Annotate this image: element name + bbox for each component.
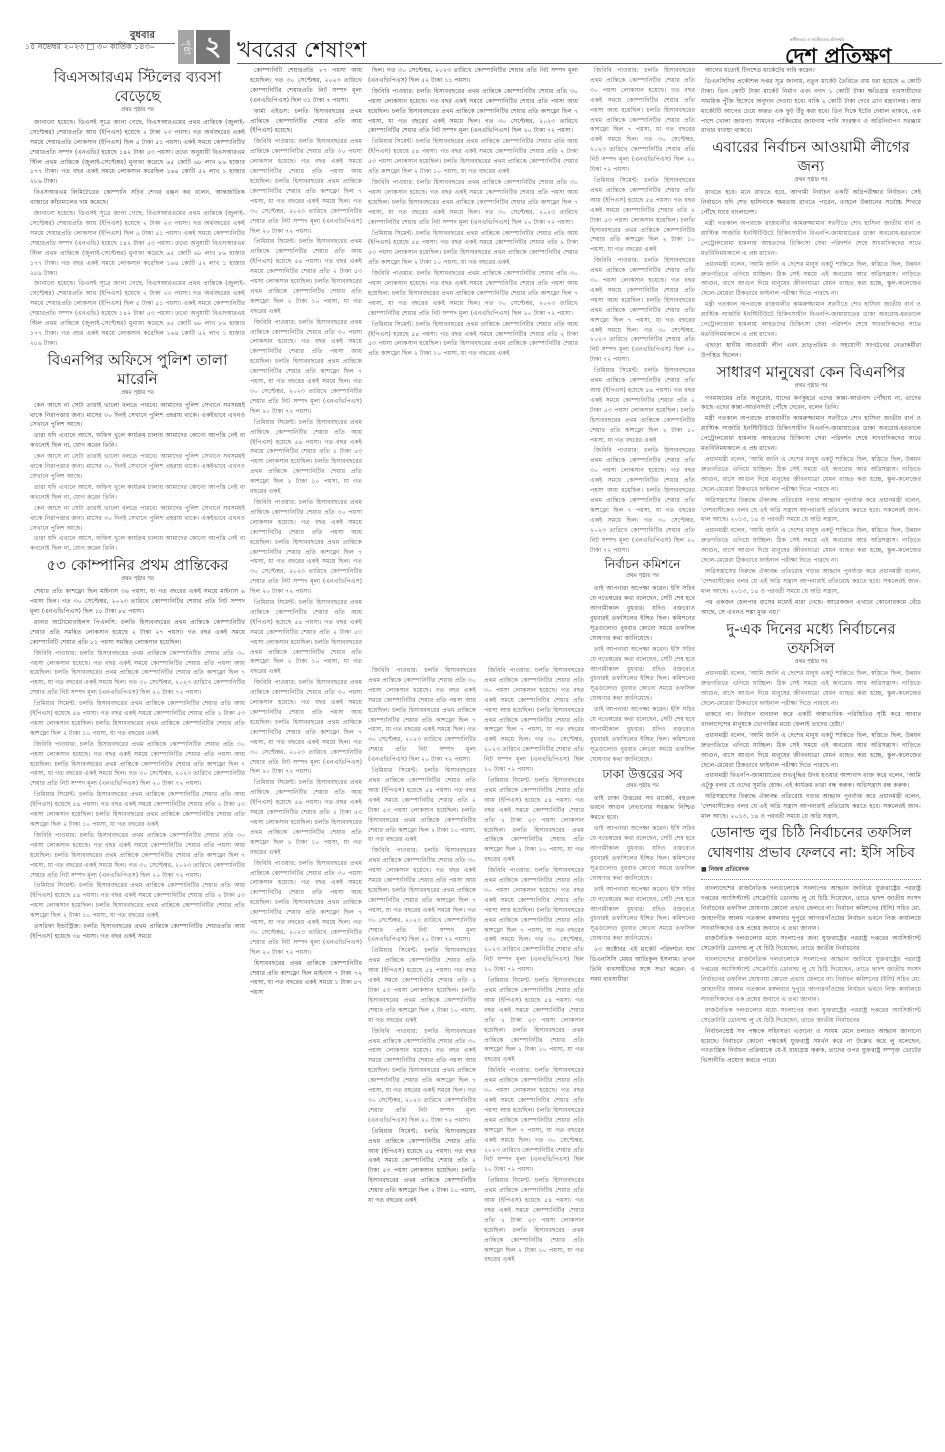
article-paragraph: প্রিমিয়ার সিমেন্ট: চলতি হিসাববছরের প্রথ… — [30, 699, 245, 739]
article-kicker: প্রথম পৃষ্ঠার পর — [701, 382, 921, 392]
article-paragraph: ২৩ অক্টোবর এই মার্কেট পরিদর্শনে যান ডিএন… — [590, 945, 695, 985]
article-paragraph: বাংলাদেশের রাজনৈতিক দলগুলোকে সংলাপের আহ্… — [701, 955, 921, 1005]
article-paragraph: প্রিমিয়ার সিমেন্ট: চলতি হিসাববছরের প্রথ… — [30, 790, 245, 830]
article-kicker: প্রথম পৃষ্ঠার পর — [701, 176, 921, 186]
article-headline: দু-এক দিনের মধ্যে নির্বাচনের তফসিল — [701, 620, 921, 658]
article-kicker: প্রথম পৃষ্ঠার পর — [30, 106, 245, 116]
article-byline: ■ নিজস্ব প্রতিবেদক — [701, 865, 921, 875]
article-paragraph: প্রধানমন্ত্রী বলেন, 'আমি জানি এ দেশের মা… — [701, 526, 921, 566]
stock-item: প্রিমিয়ার সিমেন্ট: চলতি হিসাববছরের প্রথ… — [368, 946, 476, 1025]
stock-item: ছিল। গত ৩০ সেপ্টেম্বর, ২০২৩ তারিখে কোম্প… — [368, 66, 578, 86]
article-paragraph: তাই ঢাকা উত্তরের সব মার্কেট, বহুতল ভবনে … — [590, 794, 695, 824]
article-paragraph: তাই আপনারা অপেক্ষা করেন। ইসি সচিব যে নভে… — [590, 645, 695, 704]
article-paragraph: জানানো হয়েছে। ডিএসই সূত্রে জানা গেছে, ব… — [30, 118, 245, 187]
stock-item: জিবিবি পাওয়ার: চলতি হিসাববছরের প্রথম প্… — [590, 446, 695, 555]
article-paragraph: কেন আসে না সেটা তারাই ভালো বলতে পারবে। আ… — [30, 401, 245, 431]
masthead: বুধবার ১৫ নভেম্বর ২০২৩ □ ৩০ কার্তিক ১৪৩০… — [0, 0, 945, 50]
issue-date: বুধবার ১৫ নভেম্বর ২০২৩ □ ৩০ কার্তিক ১৪৩০ — [25, 30, 155, 52]
column-4: জিবিবি পাওয়ার: চলতি হিসাববছরের প্রথম প্… — [590, 66, 695, 1448]
article-paragraph: মন্ত্রী গতকাল অপরাহ্নে রাজধানীর কামরুজ্জ… — [701, 219, 921, 259]
article-paragraph: ডিএনসিসির প্রকৌশল দপ্তর সূত্র জানায়, নত… — [701, 77, 921, 136]
stock-item: জিবিবি পাওয়ার: চলতি হিসাববছরের প্রথম প্… — [368, 1027, 476, 1126]
article-paragraph: রাজনৈতিক দলগুলোর মধ্যে সংলাপের জন্য যুক্… — [701, 1006, 921, 1026]
article-donald-lu: ডোনাল্ড লুর চিঠি নির্বাচনের তফসিল ঘোষণায… — [701, 824, 921, 1066]
column-3-left: জিবিবি পাওয়ার: চলতি হিসাববছরের প্রথম প্… — [368, 666, 476, 1448]
article-paragraph: বিএসআরএম লিমিটেডের কোম্পানি সচিব শেখর রঞ… — [30, 188, 245, 208]
article-paragraph: জিবিবি পাওয়ার: চলতি হিসাববছরের প্রথম প্… — [30, 649, 245, 699]
article-53-companies: ৫৩ কোম্পানির প্রথম প্রান্তিকের প্রথম পৃষ… — [30, 556, 245, 942]
article-dhaka-north: ঢাকা উত্তরের সব প্রথম পৃষ্ঠার পর তাই ঢাক… — [590, 767, 695, 985]
article-paragraph: তারা যদি এখানে আসে, অফিস খুলে কার্যক্রম … — [30, 534, 245, 554]
stock-item: প্রিমিয়ার সিমেন্ট: চলতি হিসাববছরের প্রথ… — [368, 766, 476, 845]
stock-item: প্রিমিয়ার সিমেন্ট: চলতি হিসাববছরের প্রথ… — [368, 229, 578, 269]
article-paragraph: মন্ত্রী গতকাল অপরাহ্নে রাজধানীর কামরুজ্জ… — [701, 300, 921, 340]
article-paragraph: শেয়ার প্রতি কাশফ্লো ছিল মাইনাস ৩৬ পয়সা… — [30, 587, 245, 617]
article-paragraph: জানানো হয়েছে। ডিএসই সূত্রে জানা গেছে, ব… — [30, 209, 245, 278]
divider — [30, 43, 175, 44]
stock-item: জিবিবি পাওয়ার: চলতি হিসাববছরের প্রথম প্… — [368, 87, 578, 137]
article-election-commission: নির্বাচন কমিশনে প্রথম পৃষ্ঠার পর তাই আপন… — [590, 557, 695, 764]
article-paragraph: অগ্নিসন্ত্রাসের বিরুদ্ধে ঐক্যবদ্ধ প্রতির… — [701, 496, 921, 526]
stock-item: প্রিমিয়ার সিমেন্ট: চলতি হিসাববছরের প্রথ… — [250, 778, 362, 857]
article-paragraph: প্রিমিয়ার সিমেন্ট: চলতি হিসাববছরের প্রথ… — [30, 881, 245, 921]
article-bsrm: বিএসআরএম স্টিলের ব্যবসা বেড়েছে প্রথম পৃ… — [30, 68, 245, 349]
stock-item: জিবিবি পাওয়ার: চলতি হিসাববছরের প্রথম প্… — [250, 859, 362, 958]
stock-item: জিবিবি পাওয়ার: চলতি হিসাববছরের প্রথম প্… — [484, 866, 584, 975]
article-paragraph: তাই আপনারা অপেক্ষা করেন। ইসি সচিব যে নভে… — [590, 885, 695, 944]
article-schedule: দু-এক দিনের মধ্যে নির্বাচনের তফসিল প্রথম… — [701, 620, 921, 823]
article-paragraph: অগ্নিসন্ত্রাসের বিরুদ্ধে ঐক্যবদ্ধ প্রতির… — [701, 792, 921, 822]
article-paragraph: থাকবে না। নির্বাচন বানচাল করে একটি অস্বা… — [701, 710, 921, 730]
article-kicker: প্রথম পৃষ্ঠার পর — [590, 572, 695, 582]
stock-item: জিবিবি পাওয়ার: চলতি হিসাববছরের প্রথম প্… — [590, 256, 695, 365]
stock-item: জিবিবি পাওয়ার: চলতি হিসাববছরের প্রথম প্… — [484, 1066, 584, 1175]
article-headline-line2: ঘোষণায় প্রভাব ফেলবে না: ইসি সচিব — [701, 844, 921, 862]
stock-item: কোম্পানিটি শেয়ারপ্রতি ২৭ পয়সা আয় হয়ে… — [250, 66, 362, 106]
stock-item: জিবিবি পাওয়ার: চলতি হিসাববছরের প্রথম প্… — [368, 846, 476, 945]
article-kicker: প্রথম পৃষ্ঠার পর — [30, 575, 245, 585]
article-paragraph: অগ্নিসন্ত্রাসের বিরুদ্ধে ঐক্যবদ্ধ প্রতির… — [701, 567, 921, 597]
article-kicker: প্রথম পৃষ্ঠার পর — [590, 782, 695, 792]
article-paragraph: বাংলাদেশের রাজনৈতিক দলগুলোকে সংলাপের আহ্… — [701, 884, 921, 934]
column-3-top: ছিল। গত ৩০ সেপ্টেম্বর, ২০২৩ তারিখে কোম্প… — [368, 66, 578, 666]
article-paragraph: পর একজন হেলপার বাসের মধ্যেই মারা গেছে। আ… — [701, 598, 921, 618]
article-paragraph: প্রধানমন্ত্রী বলেন, 'আমি জানি এ দেশের মা… — [701, 260, 921, 300]
article-paragraph: তসরিফা ইন্ডাস্ট্রিজ: চলতি হিসাববছরের প্র… — [30, 922, 245, 942]
column-5: আগের মতোই টিনশেড মার্কেটের দাবি করেন। ডি… — [701, 66, 921, 1448]
article-paragraph: এছাড়া স্থানীয় আওয়ামী লীগ এবং ভ্রাতৃপ্… — [701, 341, 921, 361]
article-paragraph: রাখতে হবে। মনে রাখতে হবে, আগামী নির্বাচন… — [701, 188, 921, 218]
article-headline: বিএনপির অফিসে পুলিশ তালা মারেনি — [30, 351, 245, 389]
article-paragraph: জানানো হয়েছে। ডিএসই সূত্রে জানা গেছে, ব… — [30, 279, 245, 348]
issue-day: বুধবার — [25, 30, 155, 41]
article-bnp-office: বিএনপির অফিসে পুলিশ তালা মারেনি প্রথম পৃ… — [30, 351, 245, 555]
article-headline: ডোনাল্ড লুর চিঠি নির্বাচনের তফসিল — [701, 824, 921, 842]
article-headline: এবারের নির্বাচন আওয়ামী লীগের জন্য — [701, 138, 921, 176]
column-3-mid: জিবিবি পাওয়ার: চলতি হিসাববছরের প্রথম প্… — [484, 666, 584, 1448]
stock-item: প্রিমিয়ার সিমেন্ট: চলতি হিসাববছরের প্রথ… — [250, 598, 362, 677]
stock-item: জিবিবি পাওয়ার: চলতি হিসাববছরের প্রথম প্… — [368, 269, 578, 319]
article-paragraph: মন্ত্রী গতকাল অপরাহ্নে রাজধানীর কামরুজ্জ… — [701, 414, 921, 454]
stock-item: জিবিবি পাওয়ার: চলতি হিসাববছরের প্রথম প্… — [250, 318, 362, 417]
article-headline: ৫৩ কোম্পানির প্রথম প্রান্তিকের — [30, 556, 245, 575]
article-paragraph: তাই আপনারা অপেক্ষা করেন। ইসি সচিব যে নভে… — [590, 824, 695, 883]
stock-item: প্রিমিয়ার সিমেন্ট: চলতি হিসাববছরের প্রথ… — [250, 237, 362, 316]
stock-item: জিবিবি পাওয়ার: চলতি হিসাববছরের প্রথম প্… — [250, 498, 362, 597]
stock-item: জিবিবি পাওয়ার: চলতি হিসাববছরের প্রথম প্… — [250, 678, 362, 777]
article-paragraph: তারা যদি এখানে আসে, অফিস খুলে কার্যক্রম … — [30, 431, 245, 451]
article-paragraph: প্রধানমন্ত্রী বলেন, 'আমি জানি এ দেশের মা… — [701, 731, 921, 771]
article-headline: সাধারণ মানুষেরা কেন বিএনপির — [701, 363, 921, 382]
article-paragraph: তাই আপনারা অপেক্ষা করেন। ইসি সচিব যে নভে… — [590, 705, 695, 764]
stock-item: প্রিমিয়ার সিমেন্ট: চলতি হিসাববছরের প্রথ… — [368, 137, 578, 177]
article-headline: ঢাকা উত্তরের সব — [590, 767, 695, 782]
article-paragraph: জিবিবি পাওয়ার: চলতি হিসাববছরের প্রথম প্… — [30, 740, 245, 790]
article-paragraph: নির্বাচনশ্রেষ্ঠ সব পক্ষকে সহিংসতা এড়ানো… — [701, 1027, 921, 1067]
stock-item: প্রিমিয়ার সিমেন্ট: চলতি হিসাববছরের প্রথ… — [484, 1176, 584, 1265]
article-paragraph: আগের মতোই টিনশেড মার্কেটের দাবি করেন। — [701, 66, 921, 76]
divider — [701, 879, 921, 880]
stock-item: জিবিবি পাওয়ার: চলতি হিসাববছরের প্রথম প্… — [484, 666, 584, 775]
column-2: কোম্পানিটি শেয়ারপ্রতি ২৭ পয়সা আয় হয়ে… — [250, 66, 362, 1448]
stock-item: প্রিমিয়ার সিমেন্ট: চলতি হিসাববছরের প্রথ… — [484, 976, 584, 1065]
stock-item: ফার্মা এইডস: চলতি হিসাববছরের প্রথম প্রান… — [250, 107, 362, 137]
page-label: পৃষ্ঠা — [178, 30, 194, 64]
article-paragraph: প্রধানমন্ত্রী বিএনপি-জামায়াতের শুভবুদ্ধ… — [701, 771, 921, 791]
article-paragraph: তাই আপনারা অপেক্ষা করেন। ইসি সচিব যে নভে… — [590, 584, 695, 643]
article-paragraph: কেন আসে না সেটা তারাই ভালো বলতে পারবে। আ… — [30, 504, 245, 534]
stock-item: জিবিবি পাওয়ার: চলতি হিসাববছরের প্রথম প্… — [368, 178, 578, 228]
article-headline: বিএসআরএম স্টিলের ব্যবসা বেড়েছে — [30, 68, 245, 106]
article-paragraph: প্রধানমন্ত্রী বলেন, 'আমি জানি এ দেশের মা… — [701, 455, 921, 495]
stock-item: প্রিমিয়ার সিমেন্ট: চলতি হিসাববছরের প্রথ… — [590, 176, 695, 255]
section-title: খবরের শেষাংশ — [237, 33, 367, 70]
stock-item: প্রিমিয়ার সিমেন্ট: চলতি হিসাববছরের প্রথ… — [368, 1127, 476, 1206]
article-paragraph: রানার অটোমোবাইলস পিএলসি: চলতি হিসাববছরের… — [30, 618, 245, 648]
article-kicker: প্রথম পৃষ্ঠার পর — [701, 658, 921, 668]
stock-item: জিবিবি পাওয়ার: চলতি হিসাববছরের প্রথম প্… — [590, 66, 695, 175]
stock-item: প্রিমিয়ার সিমেন্ট: চলতি হিসাববছরের প্রথ… — [250, 418, 362, 497]
stock-item: জিবিবি পাওয়ার: চলতি হিসাববছরের প্রথম প্… — [250, 137, 362, 236]
article-paragraph: তারা যদি এখানে আসে, অফিস খুলে কার্যক্রম … — [30, 483, 245, 503]
article-common-people: সাধারণ মানুষেরা কেন বিএনপির প্রথম পৃষ্ঠা… — [701, 363, 921, 618]
article-paragraph: কেন আসে না সেটা তারাই ভালো বলতে পারবে। আ… — [30, 452, 245, 482]
article-paragraph: জিবিবি পাওয়ার: চলতি হিসাববছরের প্রথম প্… — [30, 831, 245, 881]
column-1: বিএসআরএম স্টিলের ব্যবসা বেড়েছে প্রথম পৃ… — [30, 66, 245, 1448]
stock-item: প্রিমিয়ার সিমেন্ট: চলতি হিসাববছরের প্রথ… — [368, 320, 578, 360]
stock-item: হিসাববছরের প্রথম প্রান্তিকে কোম্পানিটির … — [250, 959, 362, 999]
article-headline: নির্বাচন কমিশনে — [590, 557, 695, 572]
page-number: ২ — [196, 30, 230, 64]
article-paragraph: প্রধানমন্ত্রী বলেন, 'আমি জানি এ দেশের মা… — [701, 669, 921, 709]
stock-item: প্রিমিয়ার সিমেন্ট: চলতি হিসাববছরের প্রথ… — [590, 366, 695, 445]
stock-item: প্রিমিয়ার সিমেন্ট: চলতি হিসাববছরের প্রথ… — [484, 776, 584, 865]
article-paragraph: রাজনৈতিক দলগুলোর মধ্যে সংলাপের জন্য যুক্… — [701, 934, 921, 954]
article-awami-league: এবারের নির্বাচন আওয়ামী লীগের জন্য প্রথম… — [701, 138, 921, 360]
stock-item: জিবিবি পাওয়ার: চলতি হিসাববছরের প্রথম প্… — [368, 666, 476, 765]
article-paragraph: গণমাধ্যমের প্রতি অনুরোধ, যাদের কর্ণকুহরে… — [701, 394, 921, 414]
article-kicker: প্রথম পৃষ্ঠার পর — [30, 389, 245, 399]
